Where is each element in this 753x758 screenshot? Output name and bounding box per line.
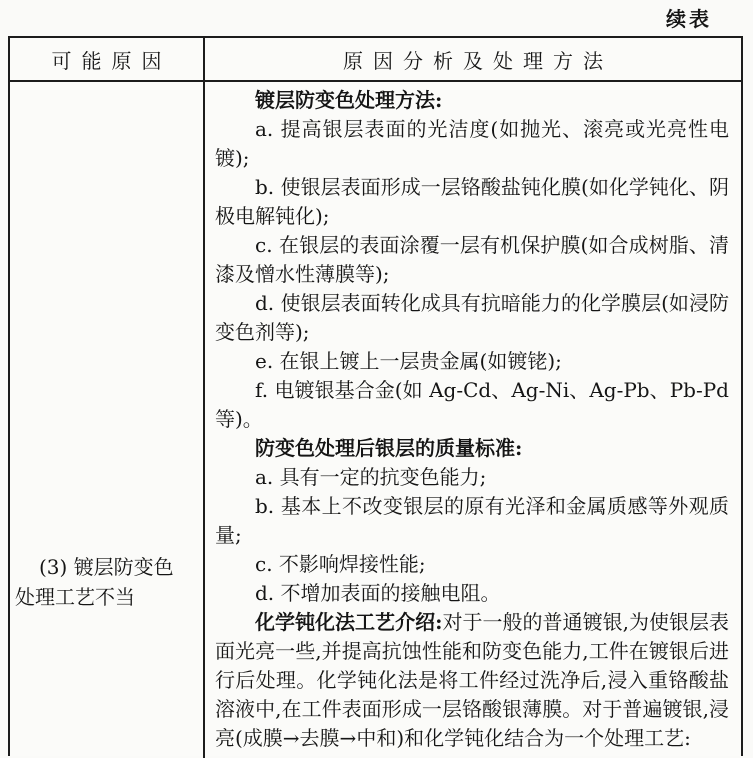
analysis-paragraph: f. 电镀银基合金(如 Ag-Cd、Ag-Ni、Ag-Pb、Pb-Pd 等)。 xyxy=(215,376,729,434)
scanned-document-page: 续表 可能原因 原因分析及处理方法 (3) 镀层防变色 处理工艺不当 镀层防变色… xyxy=(0,0,753,756)
analysis-paragraph: d. 不增加表面的接触电阻。 xyxy=(215,579,729,608)
paragraph-text: d. 使银层表面转化成具有抗暗能力的化学膜层(如浸防变色剂等); xyxy=(215,291,729,344)
analysis-paragraph: e. 在银上镀上一层贵金属(如镀铑); xyxy=(215,347,729,376)
table-body-row: (3) 镀层防变色 处理工艺不当 镀层防变色处理方法: a. 提高银层表面的光洁… xyxy=(10,82,741,756)
analysis-paragraph: 镀层防变色处理方法: xyxy=(215,86,729,115)
table-header-row: 可能原因 原因分析及处理方法 xyxy=(10,38,741,82)
analysis-cell: 镀层防变色处理方法: a. 提高银层表面的光洁度(如抛光、滚亮或光亮性电镀); … xyxy=(205,82,741,756)
troubleshooting-table: 可能原因 原因分析及处理方法 (3) 镀层防变色 处理工艺不当 镀层防变色处理方… xyxy=(8,36,743,756)
paragraph-text: a. 具有一定的抗变色能力; xyxy=(255,465,486,489)
paragraph-heading: 镀层防变色处理方法: xyxy=(255,88,442,112)
analysis-paragraph: 防变色处理后银层的质量标准: xyxy=(215,434,729,463)
analysis-paragraph: 化学钝化法工艺介绍:对于一般的普通镀银,为使银层表面光亮一些,并提高抗蚀性能和防… xyxy=(215,608,729,753)
analysis-paragraph: b. 基本上不改变银层的原有光泽和金属质感等外观质量; xyxy=(215,492,729,550)
analysis-paragraph: c. 不影响焊接性能; xyxy=(215,550,729,579)
paragraph-text: a. 提高银层表面的光洁度(如抛光、滚亮或光亮性电镀); xyxy=(215,117,729,170)
continued-table-label: 续表 xyxy=(666,3,712,32)
paragraph-text: b. 使银层表面形成一层铬酸盐钝化膜(如化学钝化、阴极电解钝化); xyxy=(215,175,729,228)
paragraph-text: c. 不影响焊接性能; xyxy=(255,552,426,576)
paragraph-text: e. 在银上镀上一层贵金属(如镀铑); xyxy=(255,349,562,373)
analysis-paragraph: c. 在银层的表面涂覆一层有机保护膜(如合成树脂、清漆及憎水性薄膜等); xyxy=(215,231,729,289)
paragraph-text: f. 电镀银基合金(如 Ag-Cd、Ag-Ni、Ag-Pb、Pb-Pd 等)。 xyxy=(215,378,729,431)
cause-text-line-1: (3) 镀层防变色 xyxy=(15,552,199,582)
paragraph-heading: 化学钝化法工艺介绍: xyxy=(255,610,442,634)
analysis-paragraph: a. 提高银层表面的光洁度(如抛光、滚亮或光亮性电镀); xyxy=(215,115,729,173)
paragraph-heading: 防变色处理后银层的质量标准: xyxy=(255,436,522,460)
paragraph-text: b. 基本上不改变银层的原有光泽和金属质感等外观质量; xyxy=(215,494,729,547)
header-cell-analysis-method: 原因分析及处理方法 xyxy=(205,38,741,80)
header-cell-possible-cause: 可能原因 xyxy=(10,38,205,80)
cause-text-line-2: 处理工艺不当 xyxy=(15,582,199,612)
paragraph-text: c. 在银层的表面涂覆一层有机保护膜(如合成树脂、清漆及憎水性薄膜等); xyxy=(215,233,729,286)
analysis-paragraph: d. 使银层表面转化成具有抗暗能力的化学膜层(如浸防变色剂等); xyxy=(215,289,729,347)
cause-cell: (3) 镀层防变色 处理工艺不当 xyxy=(10,82,205,756)
paragraph-text: d. 不增加表面的接触电阻。 xyxy=(255,581,501,605)
analysis-paragraph: b. 使银层表面形成一层铬酸盐钝化膜(如化学钝化、阴极电解钝化); xyxy=(215,173,729,231)
analysis-paragraph: a. 具有一定的抗变色能力; xyxy=(215,463,729,492)
